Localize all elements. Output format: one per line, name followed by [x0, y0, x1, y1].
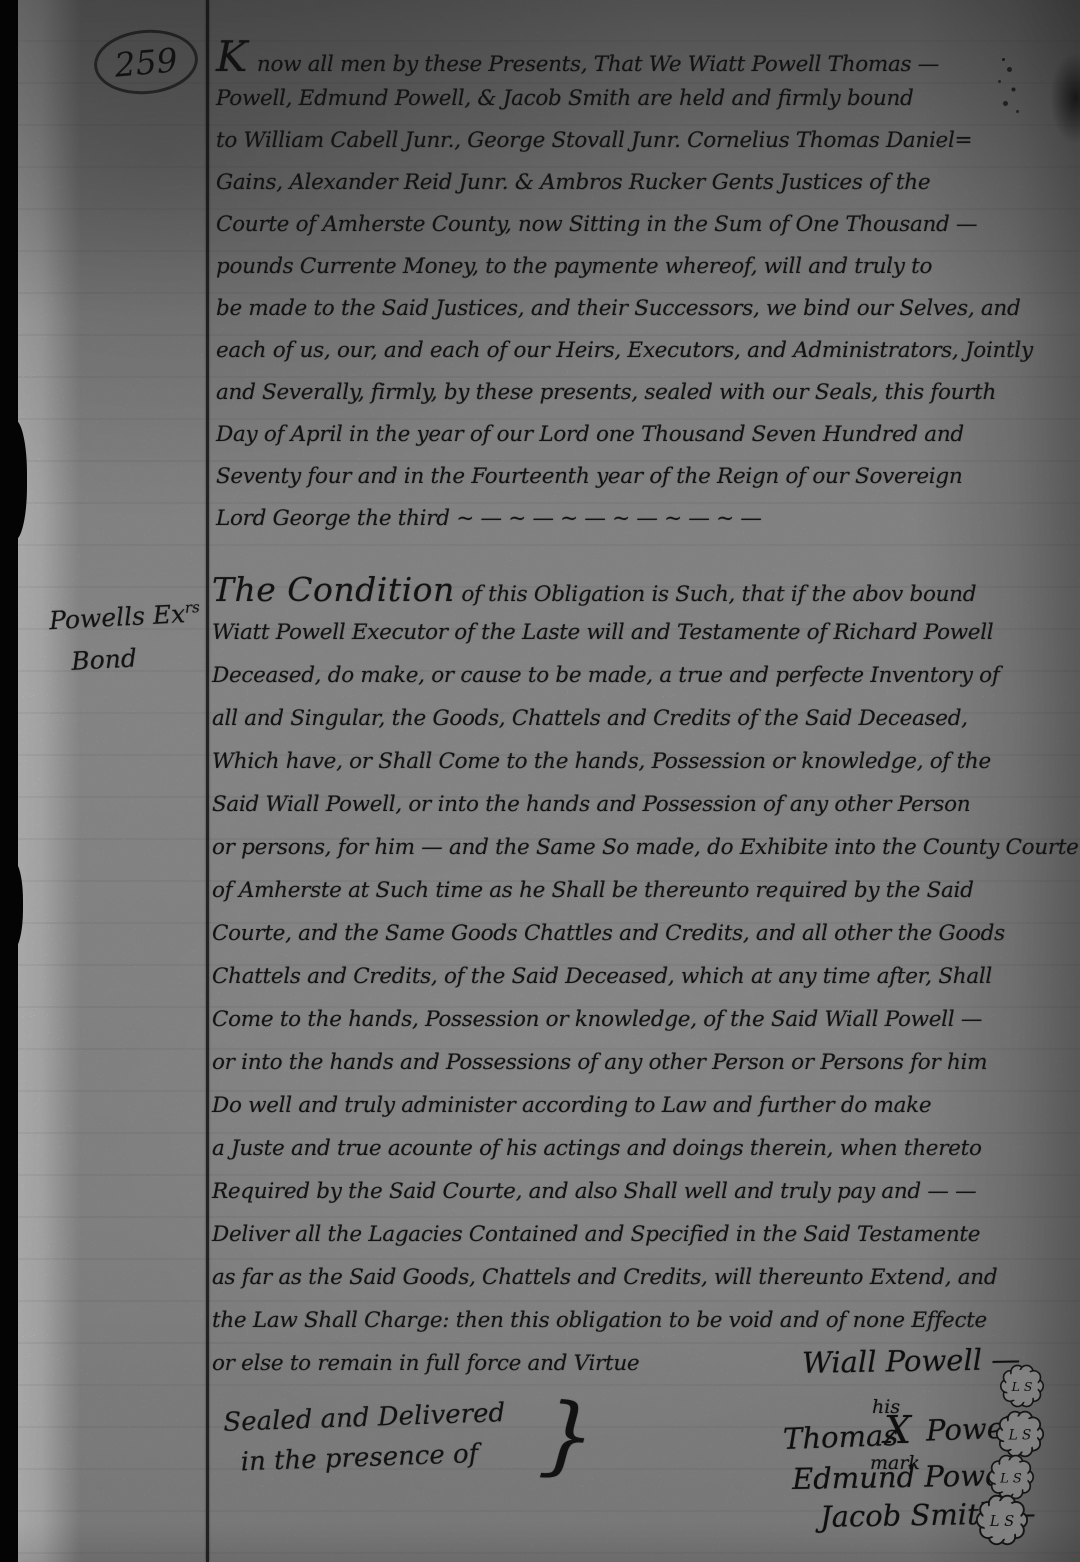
- manuscript-line: all and Singular, the Goods, Chattels an…: [212, 697, 1064, 740]
- manuscript-line: Said Wiall Powell, or into the hands and…: [212, 783, 1064, 826]
- attestation-brace: }: [537, 1384, 599, 1488]
- signature-x-mark: X: [884, 1408, 911, 1452]
- manuscript-line: or persons, for him — and the Same So ma…: [212, 826, 1064, 869]
- manuscript-line: Powell, Edmund Powell, & Jacob Smith are…: [216, 78, 1058, 120]
- binding-edge: [0, 0, 18, 1562]
- seal-label: L S: [989, 1513, 1015, 1530]
- margin-note-superscript: rs: [184, 598, 200, 617]
- manuscript-line: K now all men by these Presents, That We…: [216, 36, 1058, 78]
- manuscript-line: Courte, and the Same Goods Chattles and …: [212, 912, 1064, 955]
- opening-initial: K: [216, 32, 250, 81]
- manuscript-line: Wiatt Powell Executor of the Laste will …: [212, 611, 1064, 654]
- manuscript-line: and Severally, firmly, by these presents…: [216, 372, 1058, 414]
- manuscript-line: Which have, or Shall Come to the hands, …: [212, 740, 1064, 783]
- manuscript-line: Seventy four and in the Fourteenth year …: [216, 456, 1058, 498]
- wax-seal-ls: L S: [976, 1494, 1028, 1546]
- margin-rule-line: [206, 0, 209, 1562]
- manuscript-text: now all men by these Presents, That We W…: [250, 52, 939, 77]
- paragraph-condition: The Condition of this Obligation is Such…: [212, 568, 1064, 1385]
- attestation-clause: Sealed and Delivered in the presence of: [223, 1393, 507, 1483]
- margin-note-title: Powells Ex: [48, 599, 186, 635]
- manuscript-text: of this Obligation is Such, that if the …: [455, 582, 976, 607]
- manuscript-line: Gains, Alexander Reid Junr. & Ambros Ruc…: [216, 162, 1058, 204]
- binding-edge: [0, 860, 23, 950]
- manuscript-line: the Law Shall Charge: then this obligati…: [212, 1299, 1064, 1342]
- page-number-text: 259: [113, 40, 179, 84]
- manuscript-line: Come to the hands, Possession or knowled…: [212, 998, 1064, 1041]
- signature-edmund-powell: Edmund Powell: [792, 1458, 1021, 1496]
- signature-thomas-powell-given: Thomas: [782, 1418, 898, 1456]
- seal-label: L S: [1011, 1379, 1033, 1394]
- binding-edge: [0, 420, 27, 540]
- seal-label: L S: [1008, 1428, 1032, 1444]
- manuscript-line: Lord George the third ~ — ~ — ~ — ~ — ~ …: [216, 498, 1058, 540]
- manuscript-line: a Juste and true acounte of his actings …: [212, 1127, 1064, 1170]
- wax-seal-ls: L S: [996, 1410, 1044, 1458]
- paragraph-obligation: K now all men by these Presents, That We…: [216, 36, 1058, 540]
- manuscript-line: of Amherste at Such time as he Shall be …: [212, 869, 1064, 912]
- seal-label: L S: [999, 1471, 1022, 1486]
- manuscript-line: Chattels and Credits, of the Said Deceas…: [212, 955, 1064, 998]
- wax-seal-ls: L S: [1000, 1364, 1044, 1408]
- manuscript-line: pounds Currente Money, to the paymente w…: [216, 246, 1058, 288]
- manuscript-line: Deliver all the Lagacies Contained and S…: [212, 1213, 1064, 1256]
- margin-note: Powells Exrs Bond: [48, 592, 203, 678]
- signature-wiall-powell: Wiall Powell —: [802, 1342, 1021, 1380]
- manuscript-line: Required by the Said Courte, and also Sh…: [212, 1170, 1064, 1213]
- manuscript-line: Courte of Amherste County, now Sitting i…: [216, 204, 1058, 246]
- condition-heading: The Condition: [212, 570, 455, 609]
- manuscript-line: or into the hands and Possessions of any…: [212, 1041, 1064, 1084]
- manuscript-line: Day of April in the year of our Lord one…: [216, 414, 1058, 456]
- manuscript-line: The Condition of this Obligation is Such…: [212, 568, 1064, 611]
- scanned-manuscript-page: 259 Powells Exrs Bond K now all men by t…: [0, 0, 1080, 1562]
- manuscript-line: as far as the Said Goods, Chattels and C…: [212, 1256, 1064, 1299]
- manuscript-line: to William Cabell Junr., George Stovall …: [216, 120, 1058, 162]
- manuscript-line: be made to the Said Justices, and their …: [216, 288, 1058, 330]
- manuscript-line: Deceased, do make, or cause to be made, …: [212, 654, 1064, 697]
- manuscript-line: Do well and truly administer according t…: [212, 1084, 1064, 1127]
- manuscript-line: each of us, our, and each of our Heirs, …: [216, 330, 1058, 372]
